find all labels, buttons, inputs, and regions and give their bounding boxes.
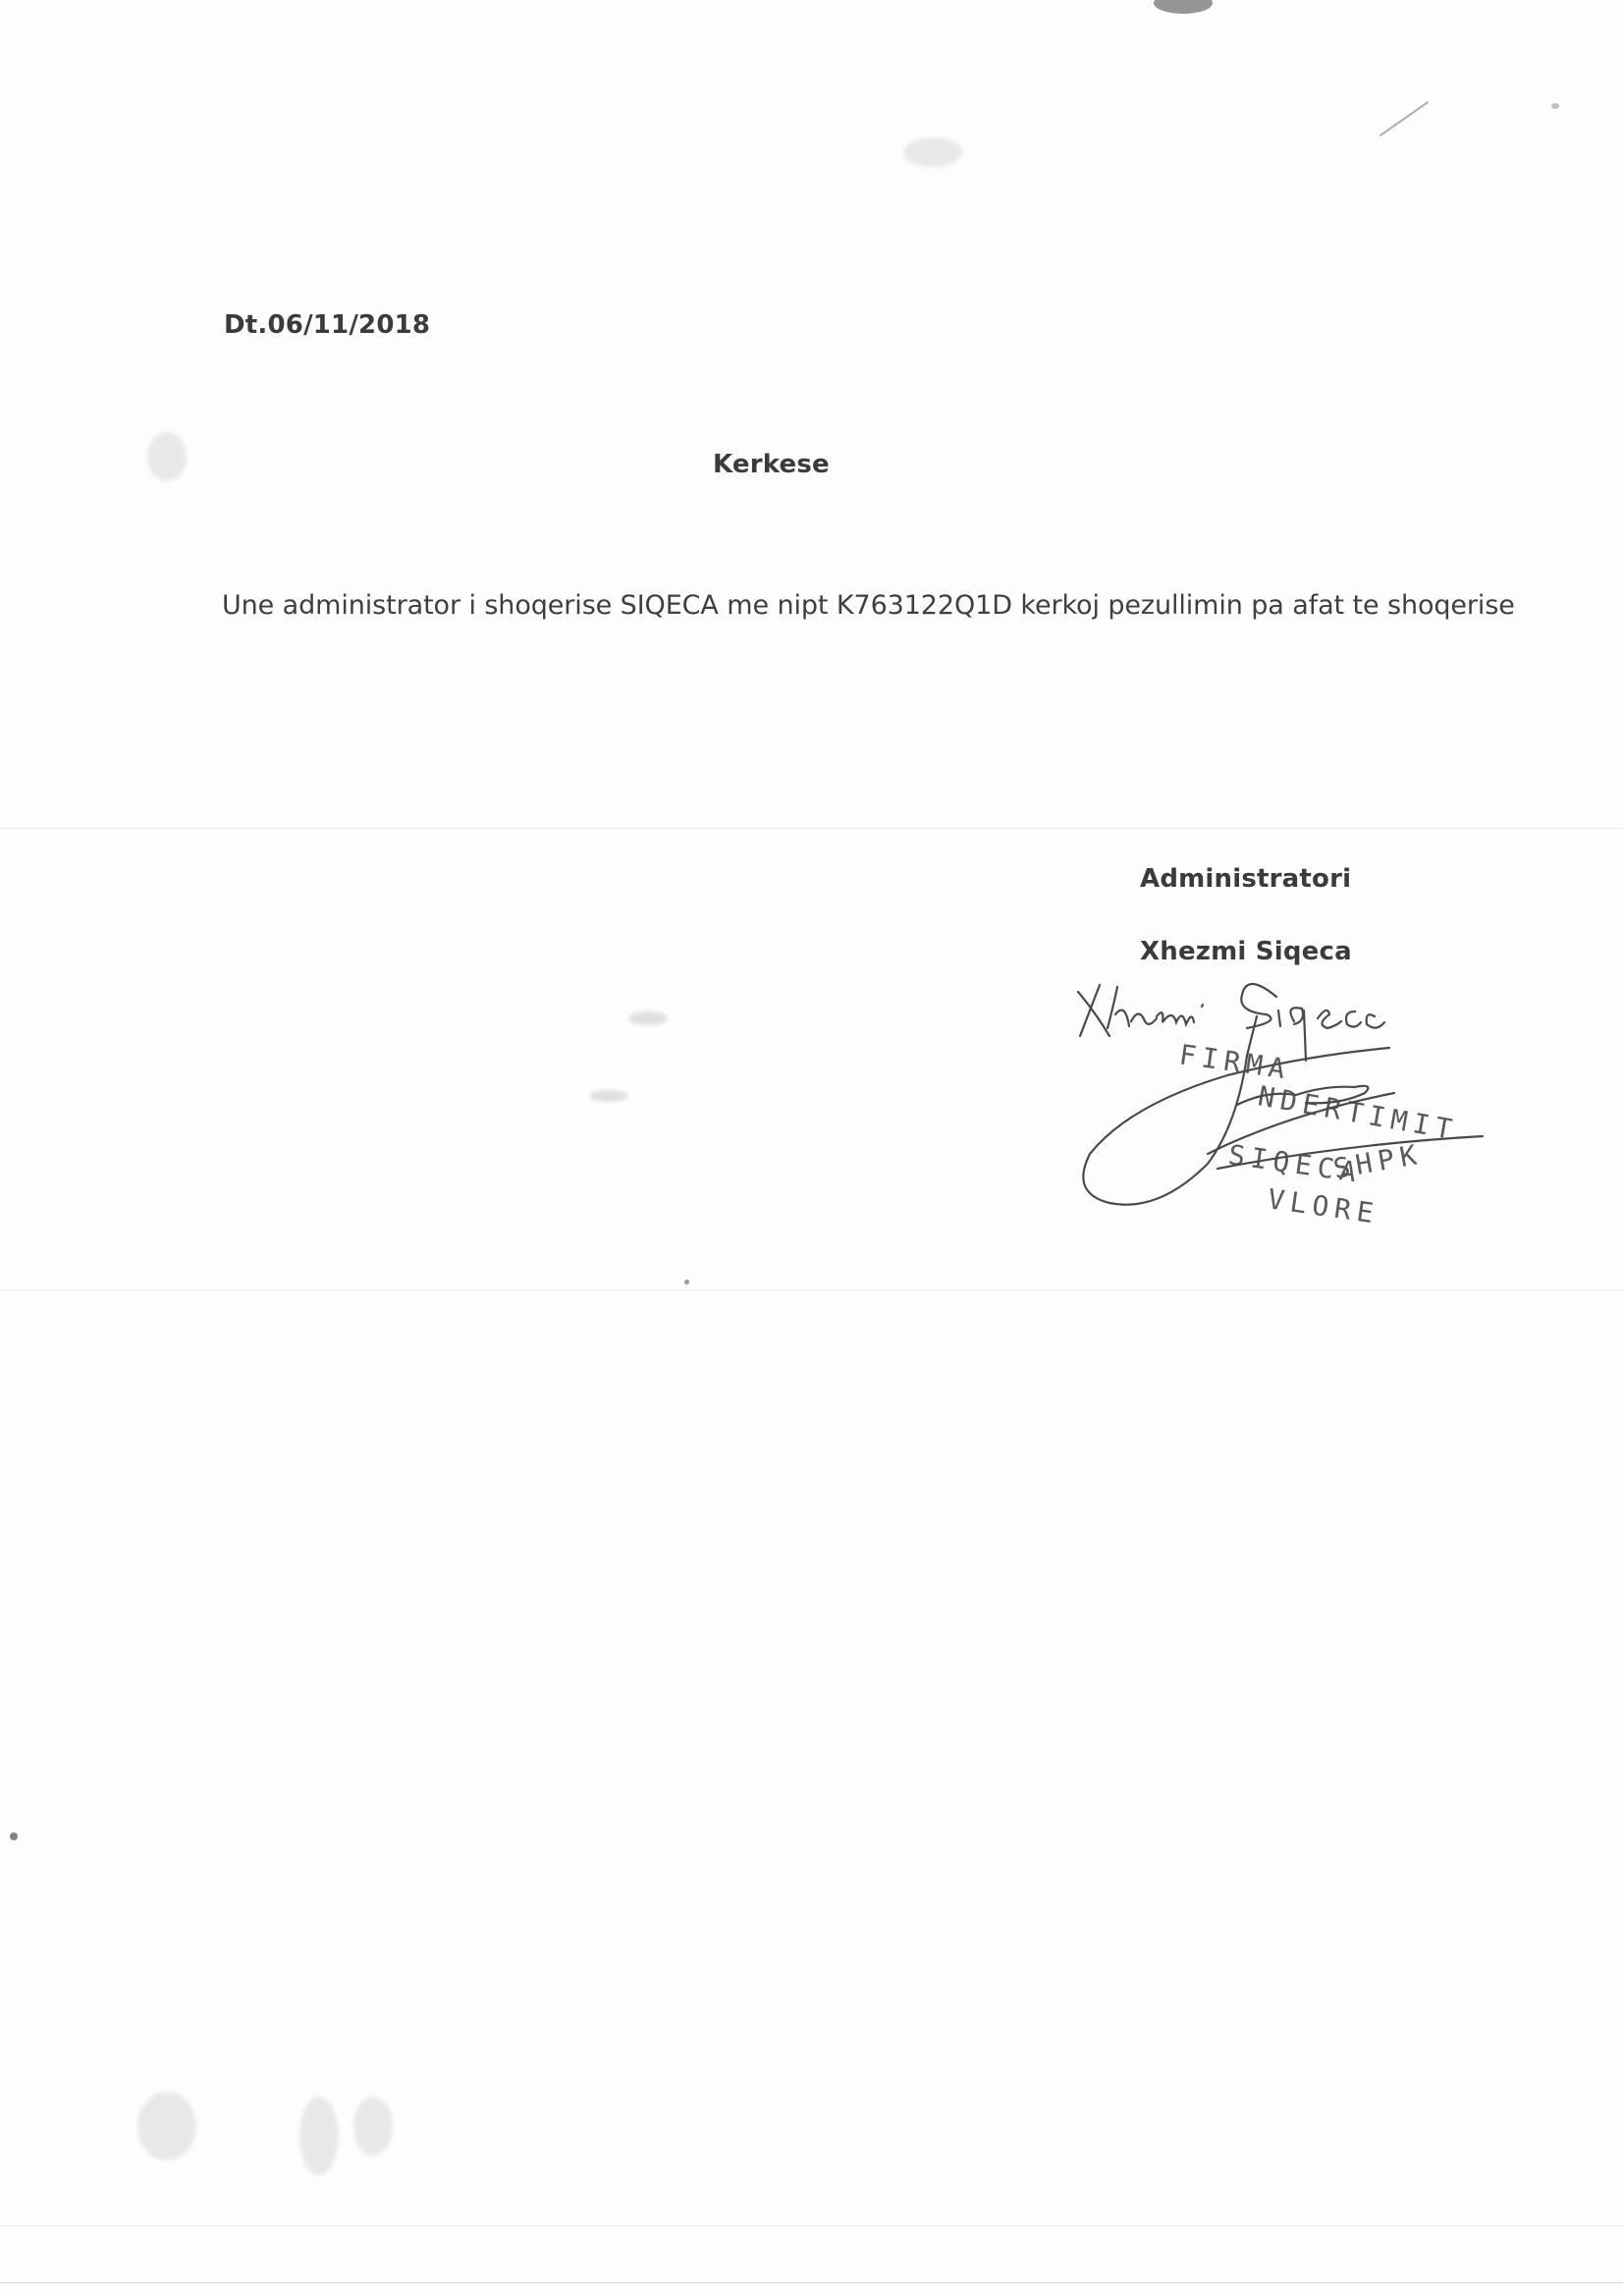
scan-smudge bbox=[589, 1090, 628, 1102]
scanned-document-page: Dt.06/11/2018 Kerkese Une administrator … bbox=[0, 0, 1623, 2296]
company-stamp: FIRMA NDERTIMIT SIQECA SHPK VLORE bbox=[1177, 1038, 1460, 1230]
scan-mark bbox=[1380, 101, 1429, 137]
svg-text:FIRMA: FIRMA bbox=[1177, 1038, 1293, 1086]
scan-speck bbox=[684, 1280, 689, 1285]
scan-speck bbox=[10, 1832, 18, 1840]
scan-smudge bbox=[628, 1011, 668, 1025]
document-body: Une administrator i shoqerise SIQECA me … bbox=[222, 590, 1515, 621]
ink-blot bbox=[1154, 0, 1213, 14]
scan-smudge bbox=[147, 432, 187, 481]
document-date: Dt.06/11/2018 bbox=[224, 310, 430, 340]
signatory-name: Xhezmi Siqeca bbox=[1140, 937, 1352, 966]
svg-text:VLORE: VLORE bbox=[1266, 1182, 1381, 1230]
scan-smudge bbox=[903, 137, 962, 167]
document-title: Kerkese bbox=[713, 450, 830, 479]
scan-line-artifact bbox=[0, 2282, 1623, 2283]
scan-smudge bbox=[299, 2097, 339, 2175]
signatory-role: Administratori bbox=[1140, 864, 1351, 894]
svg-text:NDERTIMIT: NDERTIMIT bbox=[1256, 1079, 1460, 1146]
signature-and-stamp: FIRMA NDERTIMIT SIQECA SHPK VLORE bbox=[1070, 967, 1542, 1232]
scan-smudge bbox=[137, 2092, 196, 2160]
scan-line-artifact bbox=[0, 828, 1623, 829]
scan-smudge bbox=[353, 2097, 393, 2156]
scan-line-artifact bbox=[0, 2225, 1623, 2226]
scan-speck bbox=[1551, 103, 1559, 109]
scan-line-artifact bbox=[0, 1289, 1623, 1290]
